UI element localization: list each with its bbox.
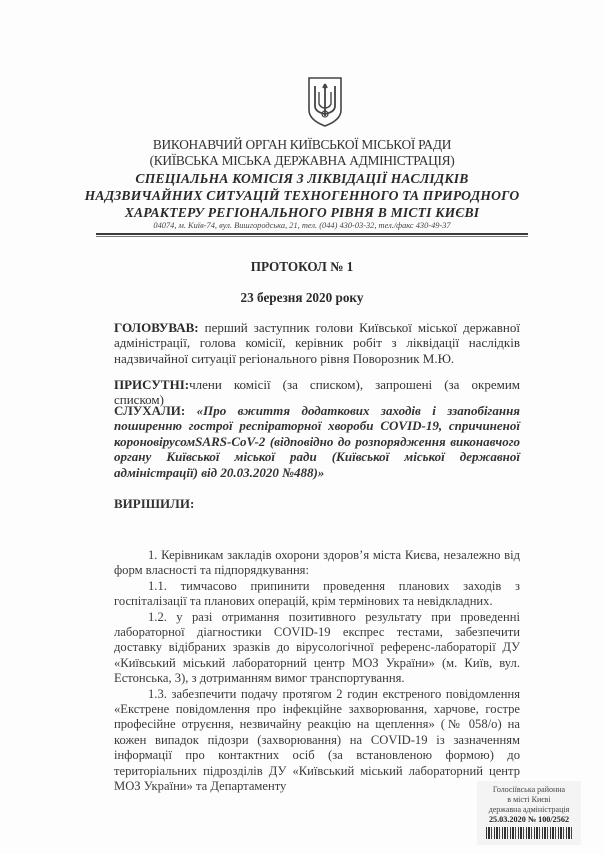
org-name-line1: ВИКОНАВЧИЙ ОРГАН КИЇВСЬКОЇ МІСЬКОЇ РАДИ [0,137,604,153]
document-title: ПРОТОКОЛ № 1 [0,259,604,275]
decision-item-1: 1. Керівникам закладів охорони здоров’я … [114,548,520,579]
header-divider-thin [96,236,528,237]
header-divider [96,233,528,235]
stamp-line1: Голосіївська районна [477,785,581,795]
stamp-reg-number: 25.03.2020 № 100/2562 [477,815,581,825]
decided-label: ВИРІШИЛИ: [114,496,520,511]
document-date: 23 березня 2020 року [0,290,604,306]
heard-section: СЛУХАЛИ: «Про вжиття додаткових заходів … [114,403,520,480]
stamp-line2: в місті Києві [477,795,581,805]
heard-label: СЛУХАЛИ: [114,403,185,418]
present-label: ПРИСУТНІ: [114,377,189,392]
decision-item-1-2: 1.2. у разі отримання позитивного резуль… [114,610,520,687]
chaired-label: ГОЛОВУВАВ: [114,320,199,335]
stamp-line3: державна адміністрація [477,805,581,815]
decision-item-1-3: 1.3. забезпечити подачу протягом 2 годин… [114,687,520,795]
registration-stamp: Голосіївська районна в місті Києві держа… [477,781,581,845]
decision-item-1-1: 1.1. тимчасово припинити проведення план… [114,579,520,610]
chaired-section: ГОЛОВУВАВ: перший заступник голови Київс… [114,320,520,366]
commission-name-line2: НАДЗВИЧАЙНИХ СИТУАЦІЙ ТЕХНОГЕННОГО ТА ПР… [0,188,604,204]
trident-coat-of-arms-icon [305,76,345,128]
barcode-icon [486,827,572,839]
org-name-line2: (КИЇВСЬКА МІСЬКА ДЕРЖАВНА АДМІНІСТРАЦІЯ) [0,153,604,169]
address-line: 04074, м. Київ-74, вул. Вишгородська, 21… [0,221,604,230]
commission-name-line1: СПЕЦІАЛЬНА КОМІСІЯ З ЛІКВІДАЦІЇ НАСЛІДКІ… [0,171,604,187]
decisions-list: 1. Керівникам закладів охорони здоров’я … [114,548,520,795]
document-page: ВИКОНАВЧИЙ ОРГАН КИЇВСЬКОЇ МІСЬКОЇ РАДИ … [0,0,604,854]
commission-name-line3: ХАРАКТЕРУ РЕГІОНАЛЬНОГО РІВНЯ В МІСТІ КИ… [0,205,604,221]
